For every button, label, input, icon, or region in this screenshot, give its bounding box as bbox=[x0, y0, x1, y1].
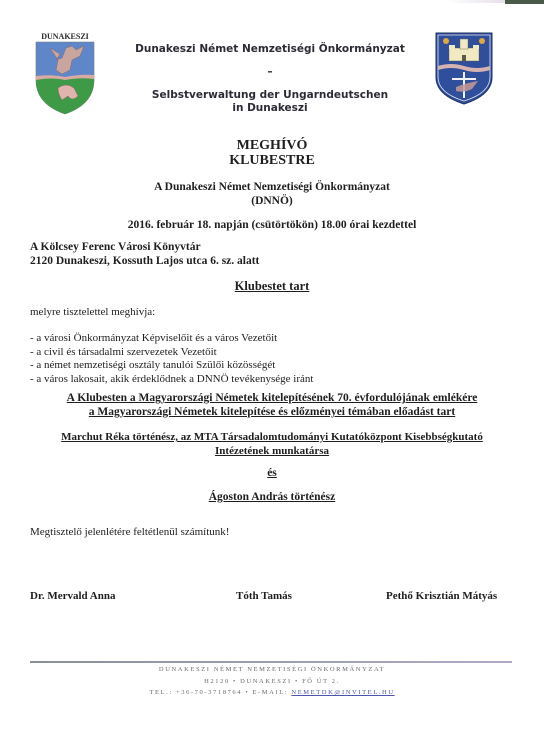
speaker1-line2: Intézetének munkatársa bbox=[0, 444, 544, 458]
speaker2: Ágoston András történész bbox=[0, 490, 544, 504]
footer-contact: TEL.: +36-70-3718764 • E-MAIL: NEMETDK@I… bbox=[0, 689, 544, 696]
invitee-list: - a városi Önkormányzat Képviselőit és a… bbox=[30, 332, 313, 386]
footer-org: DUNAKESZI NÉMET NEMZETISÉGI ÖNKORMÁNYZAT bbox=[0, 666, 544, 673]
scan-artifact bbox=[445, 0, 505, 3]
org-name-german-line2: in Dunakeszi bbox=[110, 102, 430, 114]
org-name-hungarian: Dunakeszi Német Nemzetiségi Önkormányzat bbox=[110, 43, 430, 55]
footer-phone: TEL.: +36-70-3718764 • E-MAIL: bbox=[149, 689, 291, 696]
host-name: A Dunakeszi Német Nemzetiségi Önkormányz… bbox=[0, 180, 544, 194]
topic-line2: a Magyarországi Németek kitelepítése és … bbox=[0, 405, 544, 419]
municipal-crest-icon bbox=[434, 31, 494, 106]
event-heading: Klubestet tart bbox=[0, 279, 544, 293]
list-item: - a civil és társadalmi szervezetek Veze… bbox=[30, 346, 313, 360]
closing-remark: Megtisztelő jelenlétére feltétlenül szám… bbox=[30, 526, 229, 540]
signature-petho: Pethő Krisztián Mátyás bbox=[386, 590, 497, 602]
svg-text:DUNAKESZI: DUNAKESZI bbox=[41, 32, 89, 41]
speaker1-line1: Marchut Réka történész, az MTA Társadalo… bbox=[0, 430, 544, 444]
invitation-subtitle: KLUBESTRE bbox=[0, 153, 544, 168]
venue-address: 2120 Dunakeszi, Kossuth Lajos utca 6. sz… bbox=[30, 255, 259, 267]
invite-intro: melyre tisztelettel meghívja: bbox=[30, 306, 155, 320]
conjunction: és bbox=[0, 466, 544, 480]
org-name-german-line1: Selbstverwaltung der Ungarndeutschen bbox=[110, 89, 430, 101]
list-item: - a német nemzetiségi osztály tanulói Sz… bbox=[30, 359, 313, 373]
list-item: - a város lakosait, akik érdeklődnek a D… bbox=[30, 373, 313, 387]
footer-address: H2120 • DUNAKESZI • FŐ ÚT 2. bbox=[0, 678, 544, 685]
host-abbreviation: (DNNÖ) bbox=[0, 194, 544, 208]
event-datetime: 2016. február 18. napján (csütörtökön) 1… bbox=[0, 218, 544, 232]
dunakeszi-crest-icon: DUNAKESZI bbox=[32, 30, 98, 116]
venue-name: A Kölcsey Ferenc Városi Könyvtár bbox=[30, 241, 201, 253]
topic-line1: A Klubesten a Magyarországi Németek kite… bbox=[0, 391, 544, 405]
scan-artifact bbox=[505, 0, 544, 4]
footer-email-link[interactable]: NEMETDK@INVITEL.HU bbox=[291, 689, 394, 696]
footer-divider bbox=[30, 661, 512, 663]
list-item: - a városi Önkormányzat Képviselőit és a… bbox=[30, 332, 313, 346]
header-separator: – bbox=[110, 66, 430, 78]
signature-toth: Tóth Tamás bbox=[236, 590, 292, 602]
signature-mervald: Dr. Mervald Anna bbox=[30, 590, 115, 602]
invitation-title: MEGHÍVÓ bbox=[0, 138, 544, 153]
